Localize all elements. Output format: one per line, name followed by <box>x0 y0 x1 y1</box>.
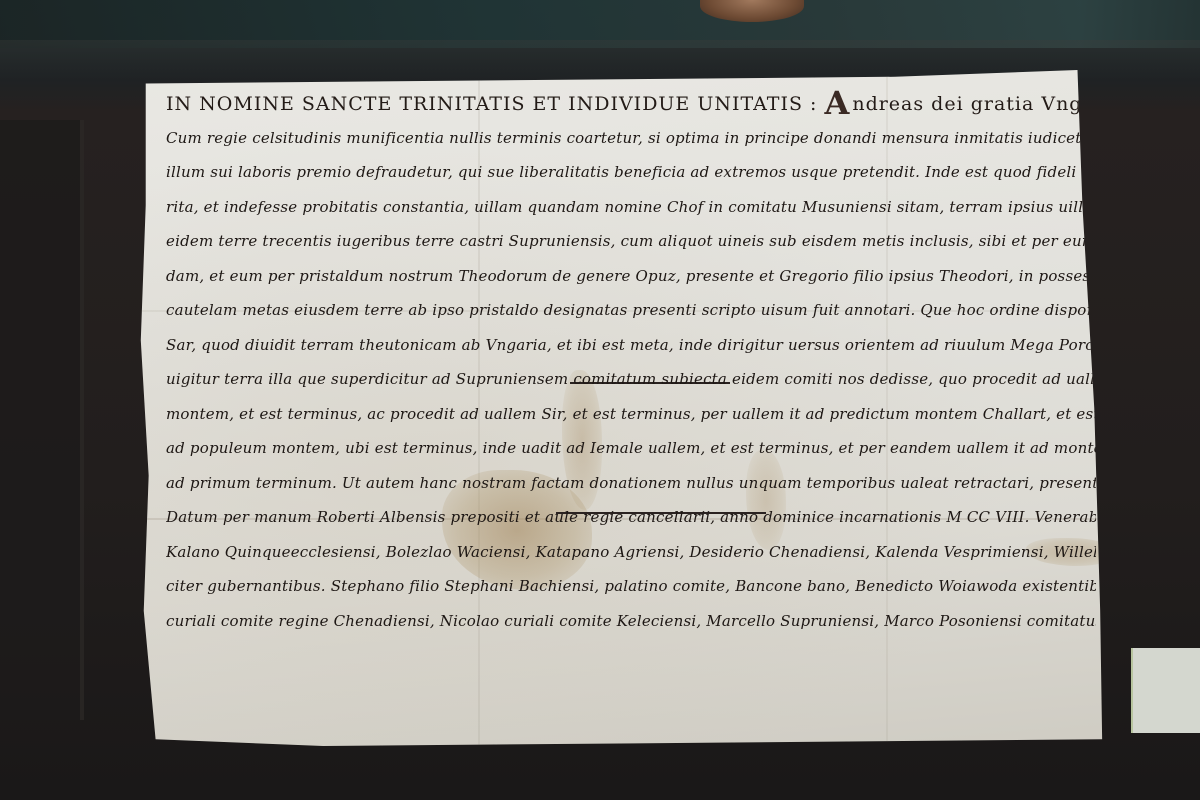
museum-label-card <box>1131 648 1200 733</box>
display-case-frame-reflection <box>0 120 84 720</box>
charter-line: citer gubernantibus. Stephano filio Step… <box>166 569 1096 604</box>
charter-line: ad primum terminum. Ut autem hanc nostra… <box>166 466 1096 501</box>
charter-text: IN NOMINE SANCTE TRINITATIS ET INDIVIDUE… <box>166 86 1096 638</box>
charter-line: eidem terre trecentis iugeribus terre ca… <box>166 224 1096 259</box>
charter-line: dam, et eum per pristaldum nostrum Theod… <box>166 259 1096 294</box>
charter-line: illum sui laboris premio defraudetur, qu… <box>166 155 1096 190</box>
invocation-text: IN NOMINE SANCTE TRINITATIS ET INDIVIDUE… <box>166 93 817 115</box>
charter-line: Sar, quod diuidit terram theutonicam ab … <box>166 328 1096 363</box>
charter-line: Kalano Quinqueecclesiensi, Bolezlao Waci… <box>166 535 1096 570</box>
charter-line: rita, et indefesse probitatis constantia… <box>166 190 1096 225</box>
charter-line: uigitur terra illa que superdicitur ad S… <box>166 362 1096 397</box>
charter-line: ad populeum montem, ubi est terminus, in… <box>166 431 1096 466</box>
charter-line: Datum per manum Roberti Albensis preposi… <box>166 500 1096 535</box>
charter-line: Cum regie celsitudinis munificentia null… <box>166 121 1096 156</box>
charter-line: ndreas dei gratia Vngarie, Dalmatie, Cro… <box>852 93 1096 115</box>
parchment-charter: IN NOMINE SANCTE TRINITATIS ET INDIVIDUE… <box>126 70 1112 746</box>
charter-line: cautelam metas eiusdem terre ab ipso pri… <box>166 293 1096 328</box>
charter-line: montem, et est terminus, ac procedit ad … <box>166 397 1096 432</box>
charter-line: curiali comite regine Chenadiensi, Nicol… <box>166 604 1096 639</box>
charter-line-invocation: IN NOMINE SANCTE TRINITATIS ET INDIVIDUE… <box>166 86 1096 121</box>
decorated-initial: A <box>825 86 851 121</box>
